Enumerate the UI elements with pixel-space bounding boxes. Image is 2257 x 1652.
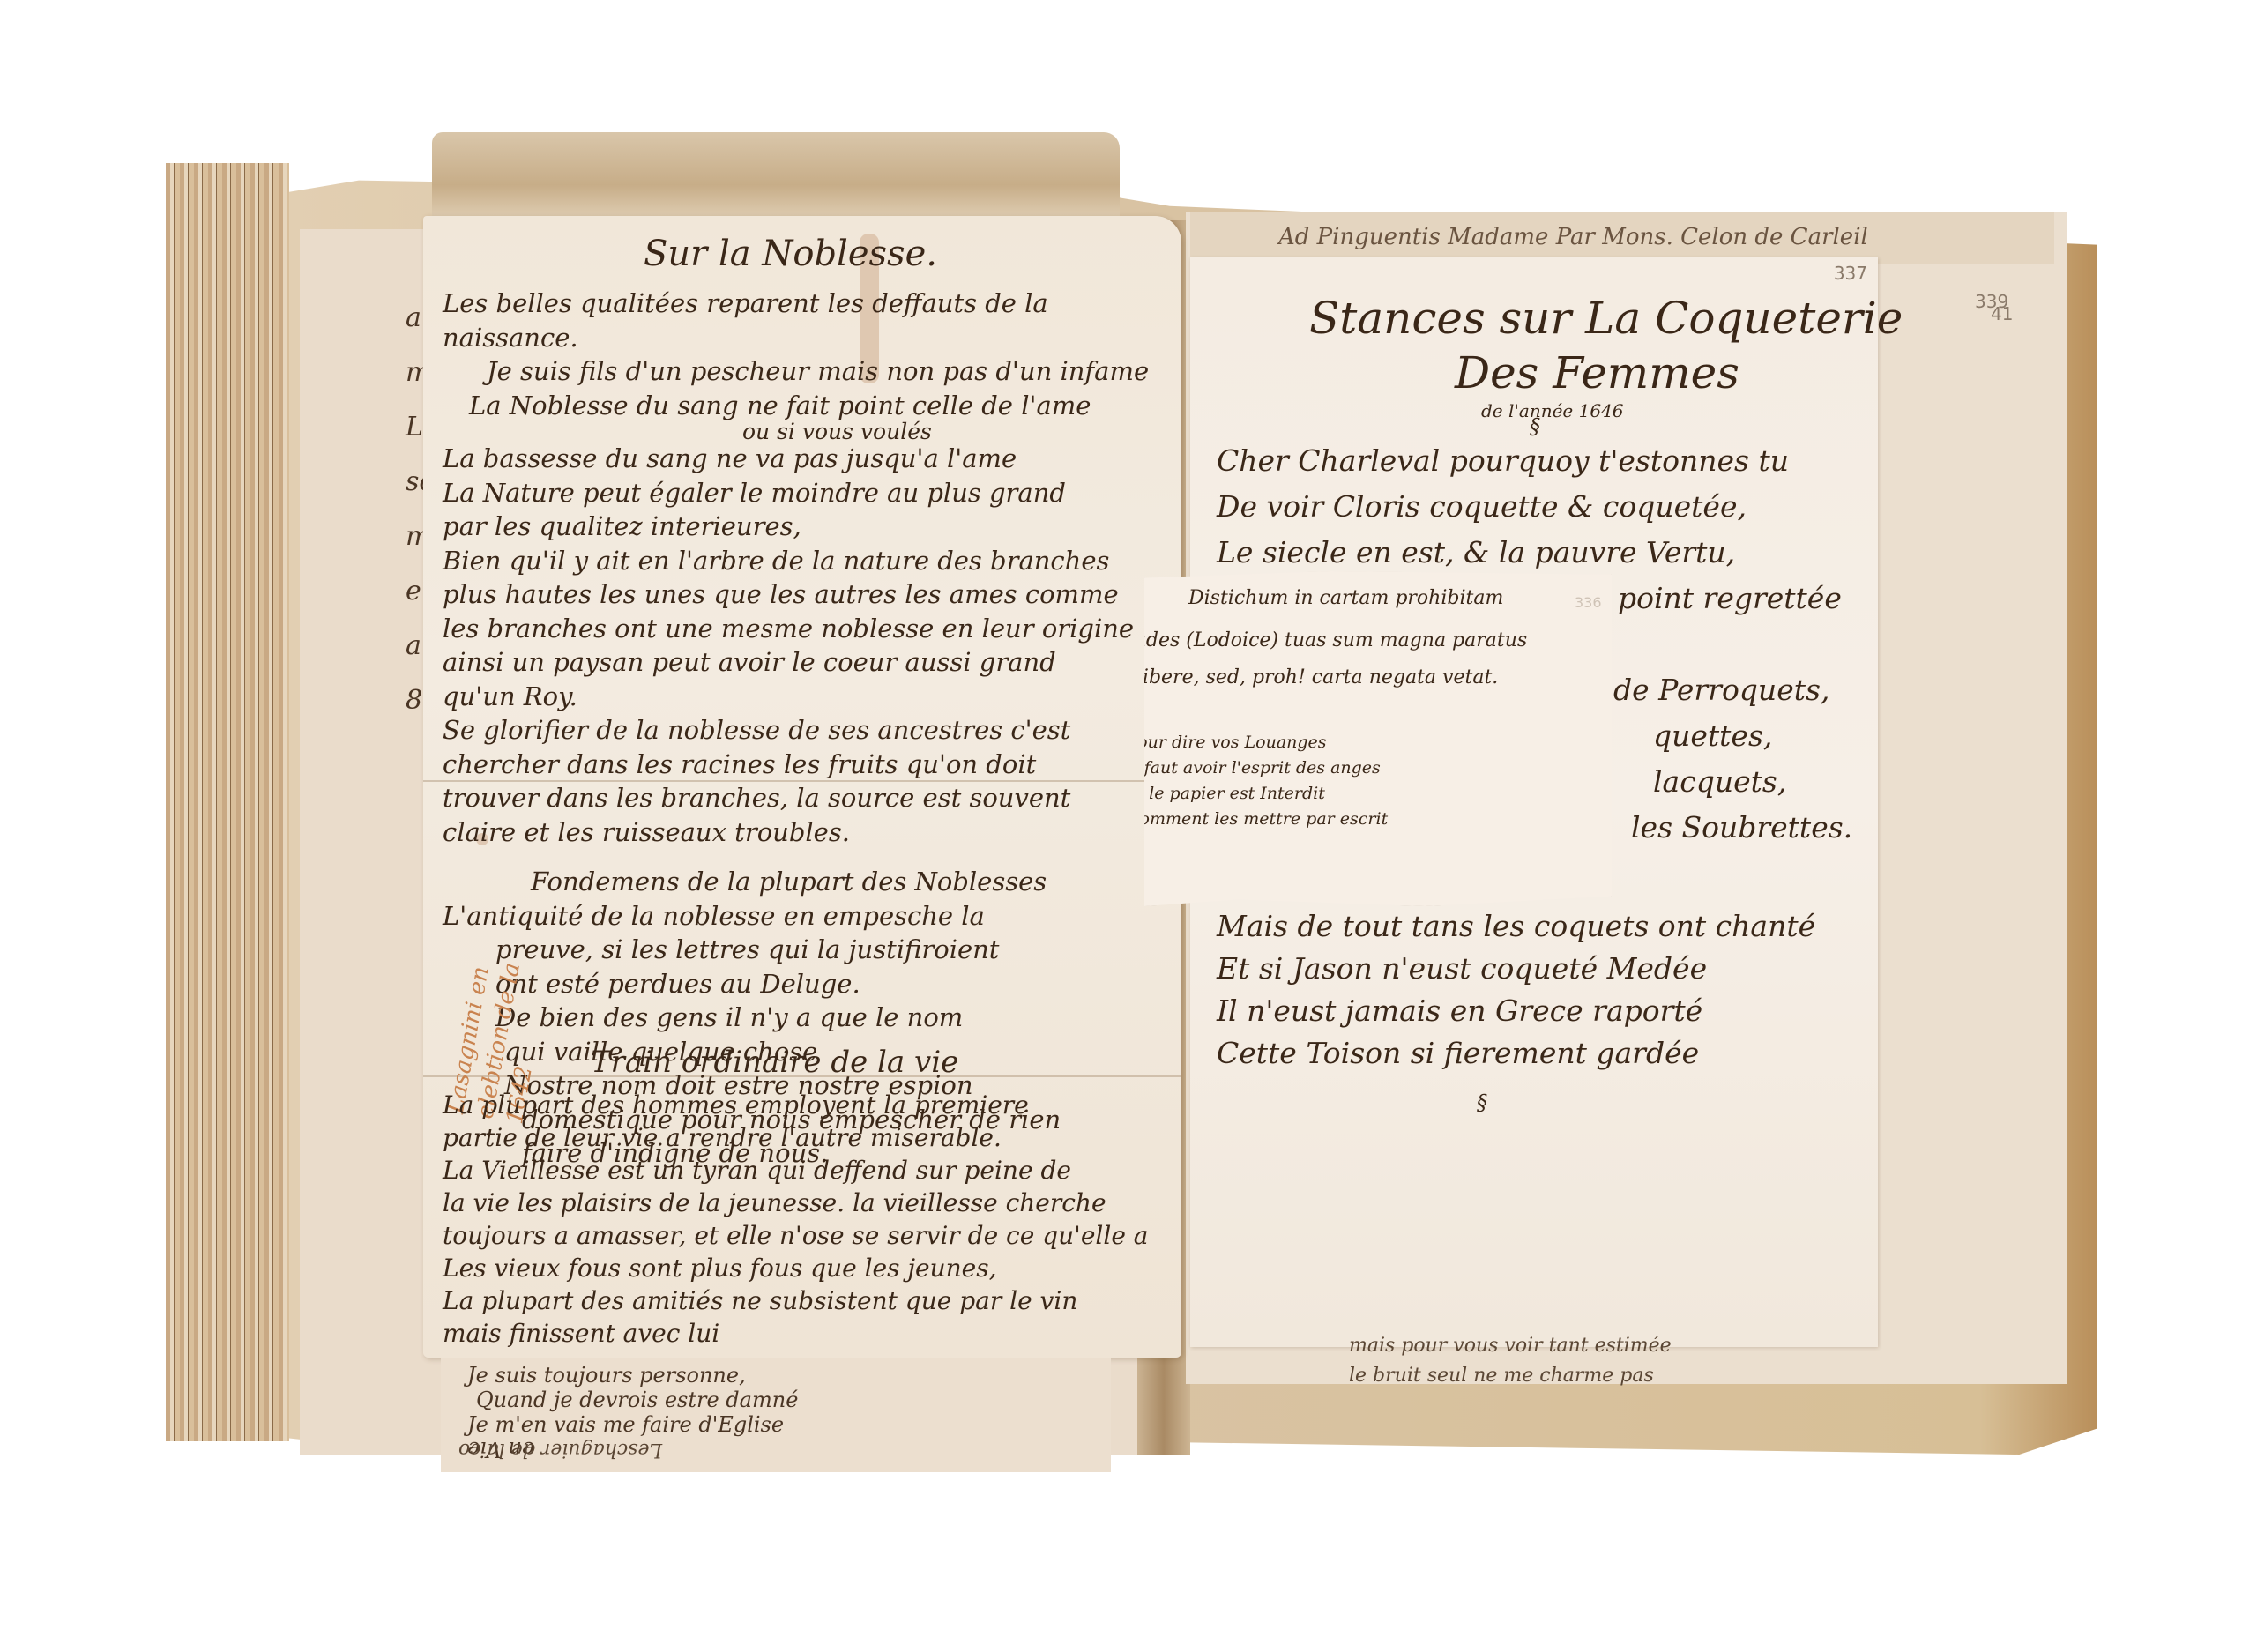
year-note: de l'année 1646 — [1481, 400, 1624, 421]
left-page-title: Sur la Noblesse. — [644, 234, 937, 274]
slip-folio-number: 336 — [1575, 594, 1602, 611]
left-page-text: Les belles qualitées reparent les deffau… — [443, 286, 1149, 1171]
folio-number-3: 41 — [1991, 303, 2013, 324]
header-above-text: Ad Pinguentis Madame Par Mons. Celon de … — [1278, 224, 1868, 250]
right-page-stanza2: Mais de tout tans les coquets ont chanté… — [1217, 905, 1815, 1075]
left-page: Sur la Noblesse. Les belles qualitées re… — [423, 216, 1181, 1358]
section2-title: Train ordinaire de la vie — [591, 1045, 958, 1080]
right-bottom-lines: mais pour vous voir tant estimée le brui… — [1349, 1331, 1672, 1391]
inverted-text: Leschaguier de la co — [458, 1439, 662, 1461]
right-page-title-line1: Stances sur La Coqueterie — [1309, 293, 1903, 344]
page-edges-left — [166, 163, 289, 1441]
section2-text: La plupart des hommes employent la premi… — [443, 1089, 1149, 1350]
inserted-slip[interactable]: 336 Distichum in cartam prohibitam Laude… — [1144, 571, 1612, 906]
rolled-top-sheet — [432, 132, 1120, 220]
folio-number: 337 — [1834, 263, 1867, 284]
left-bottom-flap: Je suis toujours personne, Quand je devr… — [441, 1358, 1111, 1472]
header-sheet-right: Ad Pinguentis Madame Par Mons. Celon de … — [1190, 212, 2054, 264]
slip-french-lines: pour dire vos Louanges Il faut avoir l'e… — [1127, 730, 1388, 832]
right-page-title-line2: Des Femmes — [1455, 347, 1739, 398]
slip-latin-lines: Laudes (Lodoice) tuas sum magna paratus … — [1109, 622, 1527, 696]
slip-title: Distichum in cartam prohibitam — [1188, 587, 1503, 609]
